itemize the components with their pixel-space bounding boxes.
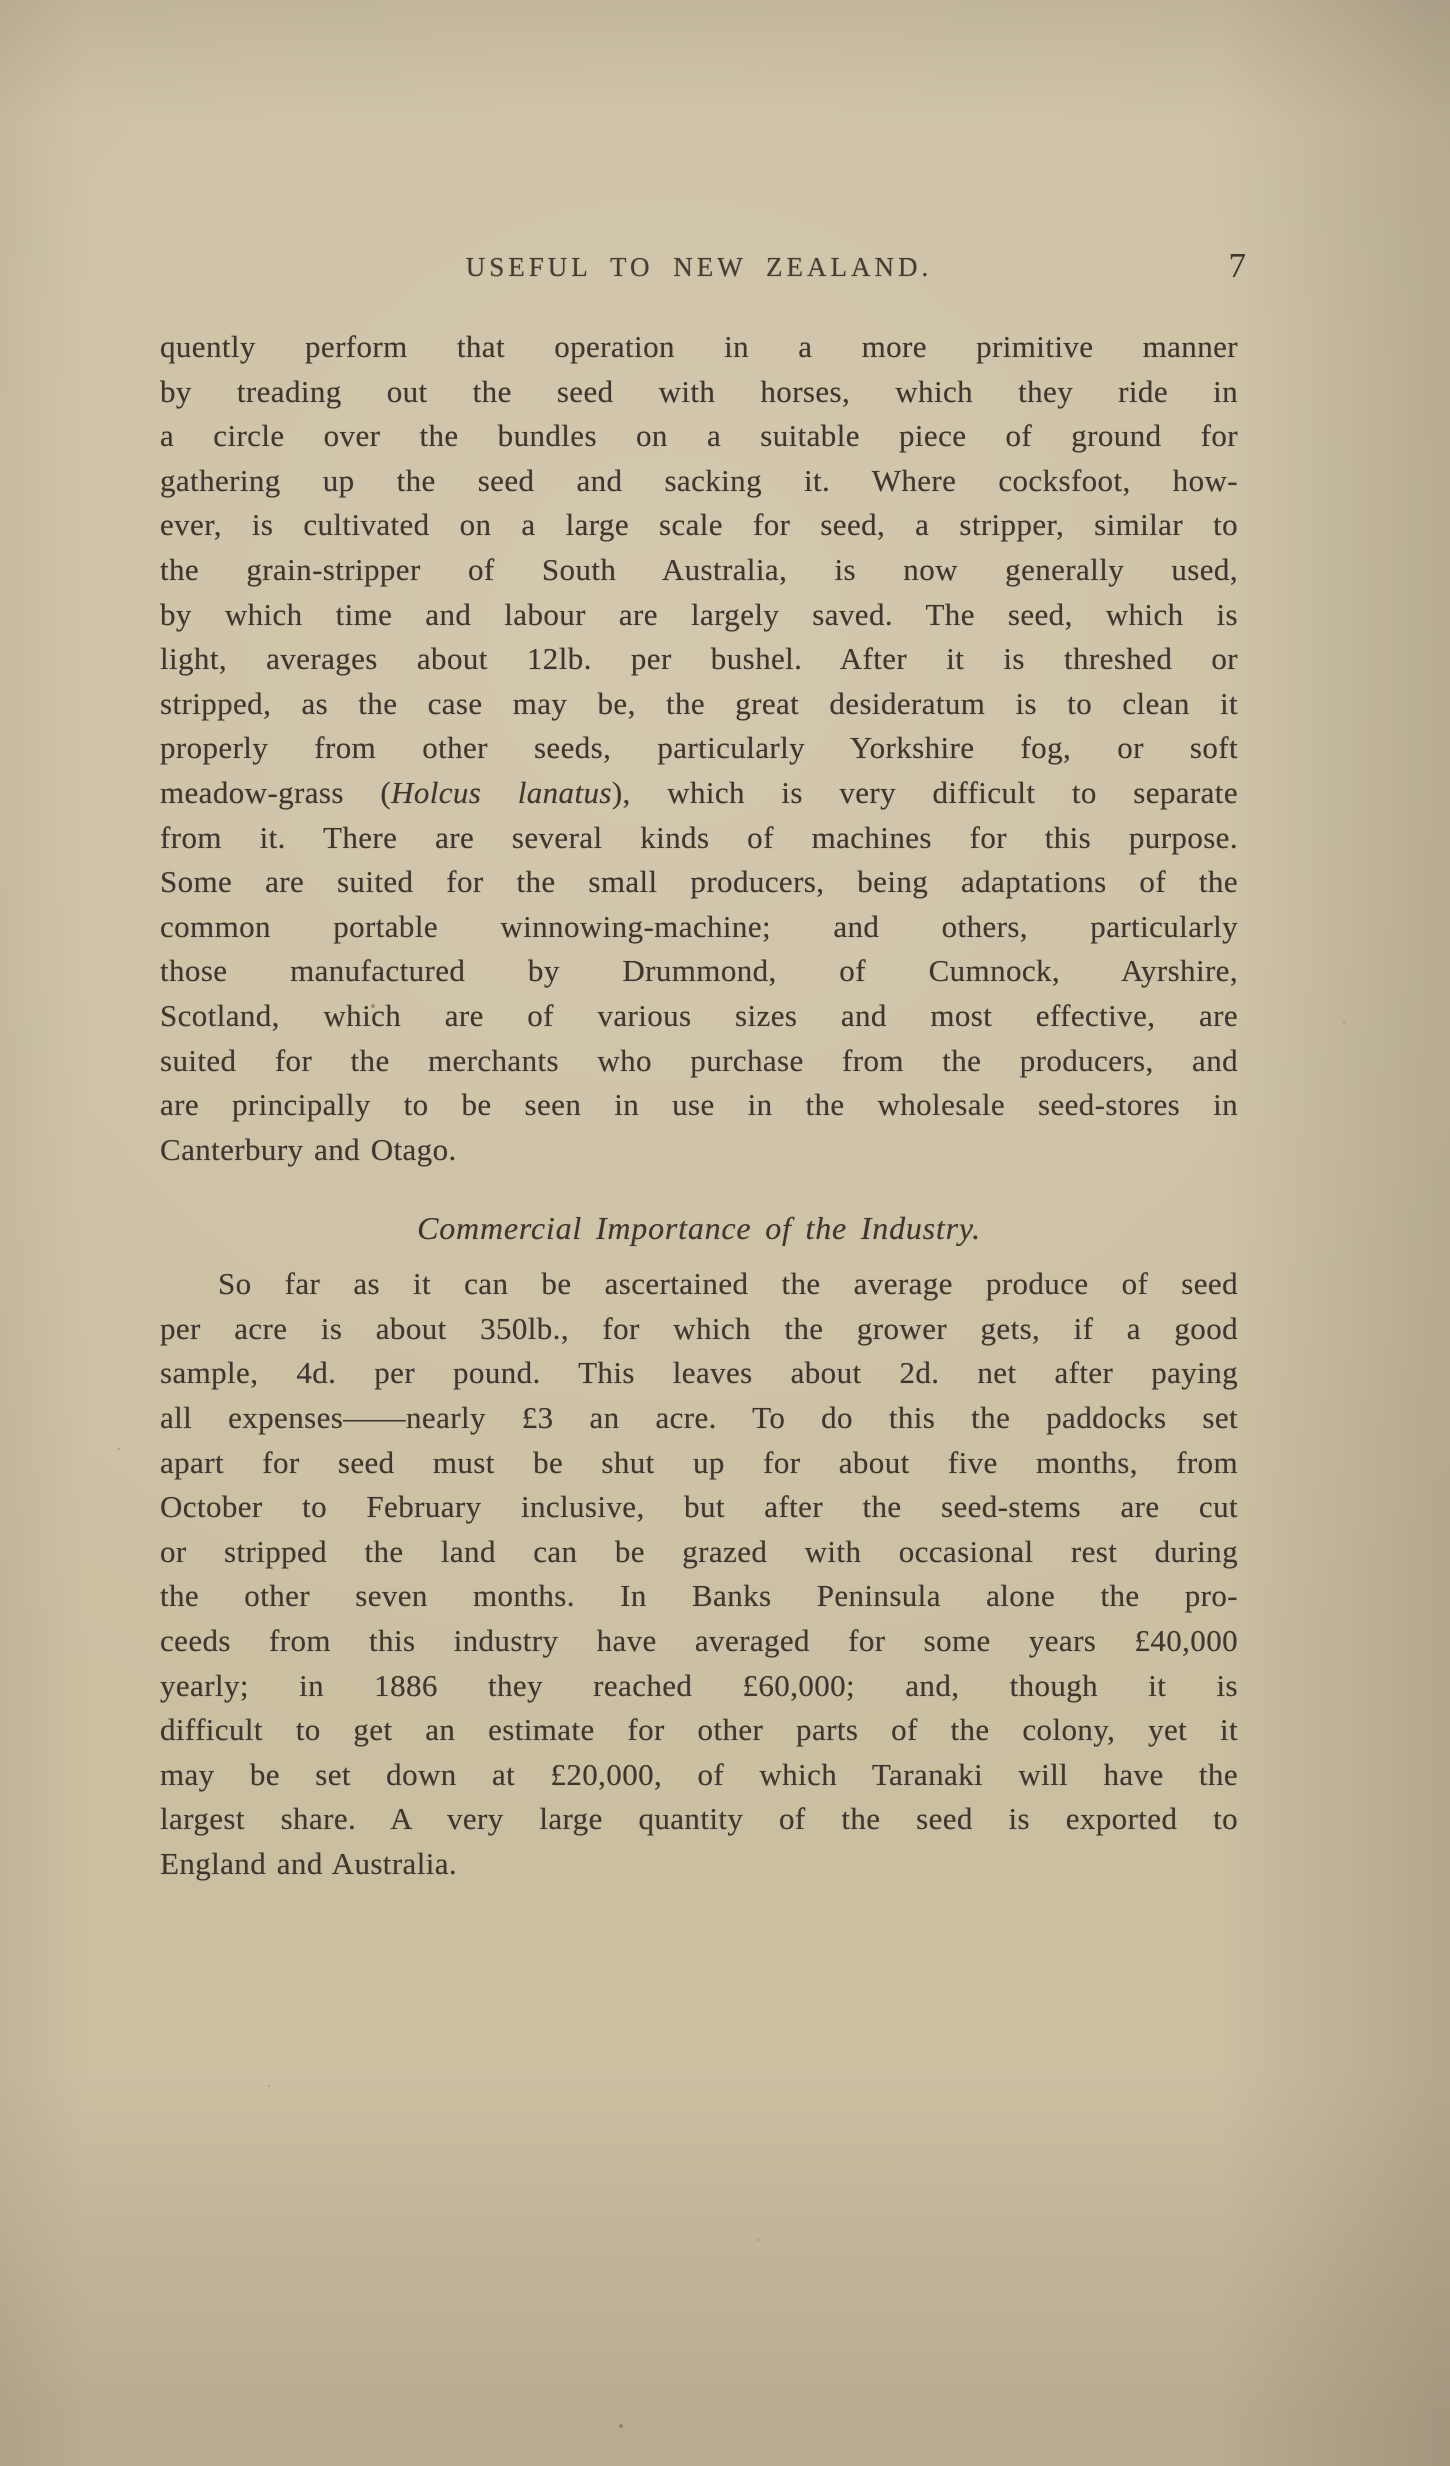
text-line: stripped, as the case may be, the great … (160, 682, 1238, 727)
text-line: quently perform that operation in a more… (160, 325, 1238, 370)
paragraph-1: quently perform that operation in a more… (160, 325, 1238, 1172)
text-line: light, averages about 12lb. per bushel. … (160, 637, 1238, 682)
text-line: from it. There are several kinds of mach… (160, 816, 1238, 861)
text-line: England and Australia. (160, 1842, 1238, 1887)
text-line: largest share. A very large quantity of … (160, 1797, 1238, 1842)
text-line: Canterbury and Otago. (160, 1128, 1238, 1173)
text-line: the other seven months. In Banks Peninsu… (160, 1574, 1238, 1619)
text-line: per acre is about 350lb., for which the … (160, 1307, 1238, 1352)
text-line: apart for seed must be shut up for about… (160, 1441, 1238, 1486)
book-page: USEFUL TO NEW ZEALAND. 7 quently perform… (0, 0, 1450, 2466)
text-line: So far as it can be ascertained the aver… (160, 1262, 1238, 1307)
text-line: common portable winnowing-machine; and o… (160, 905, 1238, 950)
text-line: a circle over the bundles on a suitable … (160, 414, 1238, 459)
text-line: may be set down at £20,000, of which Tar… (160, 1753, 1238, 1798)
text-line: the grain-stripper of South Australia, i… (160, 548, 1238, 593)
text-line: suited for the merchants who purchase fr… (160, 1039, 1238, 1084)
text-line: sample, 4d. per pound. This leaves about… (160, 1351, 1238, 1396)
text-line: Scotland, which are of various sizes and… (160, 994, 1238, 1039)
text-line: all expenses——nearly £3 an acre. To do t… (160, 1396, 1238, 1441)
text-line: yearly; in 1886 they reached £60,000; an… (160, 1664, 1238, 1709)
text-line: gathering up the seed and sacking it. Wh… (160, 459, 1238, 504)
text-line: October to February inclusive, but after… (160, 1485, 1238, 1530)
section-heading: Commercial Importance of the Industry. (160, 1206, 1238, 1250)
text-line: those manufactured by Drummond, of Cumno… (160, 949, 1238, 994)
text-line: by treading out the seed with horses, wh… (160, 370, 1238, 415)
paper-specks (0, 0, 2, 2)
paragraph-2: So far as it can be ascertained the aver… (160, 1262, 1238, 1886)
text-line: by which time and labour are largely sav… (160, 593, 1238, 638)
text-line: or stripped the land can be grazed with … (160, 1530, 1238, 1575)
running-head: USEFUL TO NEW ZEALAND. 7 (160, 252, 1238, 296)
text-line: ever, is cultivated on a large scale for… (160, 503, 1238, 548)
text-line: Some are suited for the small producers,… (160, 860, 1238, 905)
page-number: 7 (1229, 246, 1247, 286)
text-line: properly from other seeds, particularly … (160, 726, 1238, 771)
text-line: are principally to be seen in use in the… (160, 1083, 1238, 1128)
text-line: ceeds from this industry have averaged f… (160, 1619, 1238, 1664)
text-line: meadow-grass (Holcus lanatus), which is … (160, 771, 1238, 816)
text-line: difficult to get an estimate for other p… (160, 1708, 1238, 1753)
running-head-title: USEFUL TO NEW ZEALAND. (160, 252, 1238, 283)
page-body: quently perform that operation in a more… (160, 325, 1238, 1887)
